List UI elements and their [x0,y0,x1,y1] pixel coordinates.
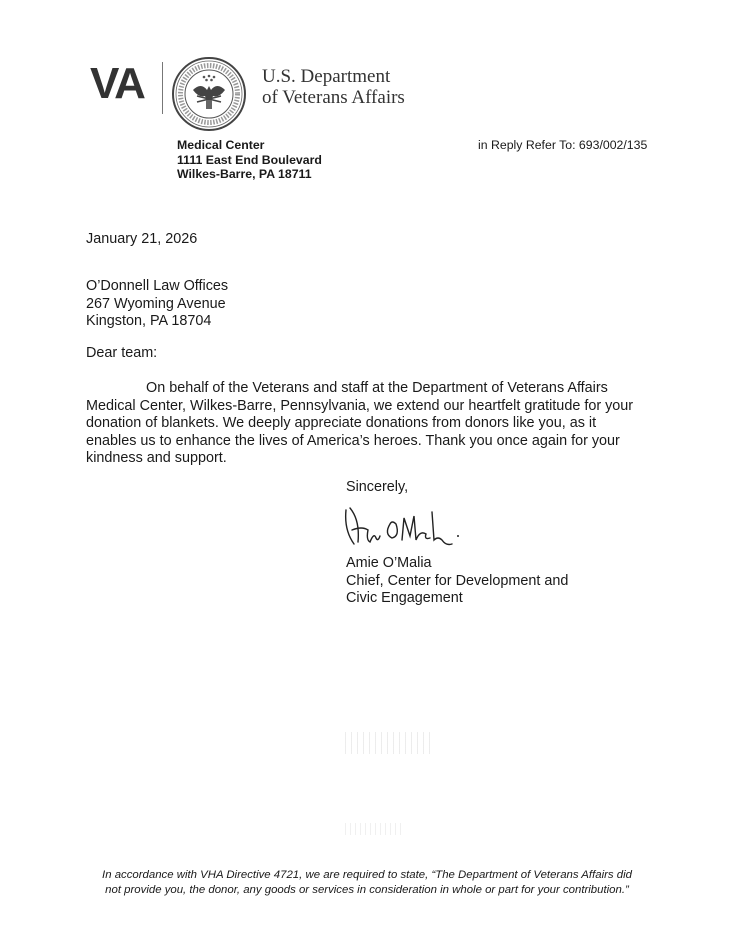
signer-name: Amie O’Malia [346,555,568,573]
disclaimer-line-1: In accordance with VHA Directive 4721, w… [40,868,694,883]
body-line: enables us to enhance the lives of Ameri… [86,433,686,451]
body-line: On behalf of the Veterans and staff at t… [86,380,686,398]
va-seal-icon [171,56,247,132]
recipient-address: O’Donnell Law Offices 267 Wyoming Avenue… [86,278,228,331]
signer-block: Amie O’Malia Chief, Center for Developme… [346,555,568,608]
salutation: Dear team: [86,345,157,363]
body-paragraph: On behalf of the Veterans and staff at t… [86,380,686,468]
recipient-name: O’Donnell Law Offices [86,278,228,296]
scan-artifact [345,823,405,835]
va-logo: VA [90,62,144,106]
department-line-2: of Veterans Affairs [262,87,405,108]
signature-icon [340,500,470,552]
body-line: Medical Center, Wilkes-Barre, Pennsylvan… [86,398,686,416]
scan-artifact [345,732,435,754]
disclaimer-line-2: not provide you, the donor, any goods or… [40,883,694,898]
letter-date: January 21, 2026 [86,231,197,249]
station-address: Medical Center 1111 East End Boulevard W… [177,138,322,182]
logo-divider [162,62,163,114]
department-name: U.S. Department of Veterans Affairs [262,66,405,108]
body-line: donation of blankets. We deeply apprecia… [86,415,686,433]
closing: Sincerely, [346,479,408,497]
signer-title-2: Civic Engagement [346,590,568,608]
disclaimer: In accordance with VHA Directive 4721, w… [40,868,694,898]
station-city: Wilkes-Barre, PA 18711 [177,167,322,182]
department-line-1: U.S. Department [262,66,405,87]
station-street: 1111 East End Boulevard [177,153,322,168]
recipient-city: Kingston, PA 18704 [86,313,228,331]
signer-title-1: Chief, Center for Development and [346,573,568,591]
recipient-street: 267 Wyoming Avenue [86,296,228,314]
body-line: kindness and support. [86,450,686,468]
reply-reference: in Reply Refer To: 693/002/135 [478,138,647,153]
station-name: Medical Center [177,138,322,153]
